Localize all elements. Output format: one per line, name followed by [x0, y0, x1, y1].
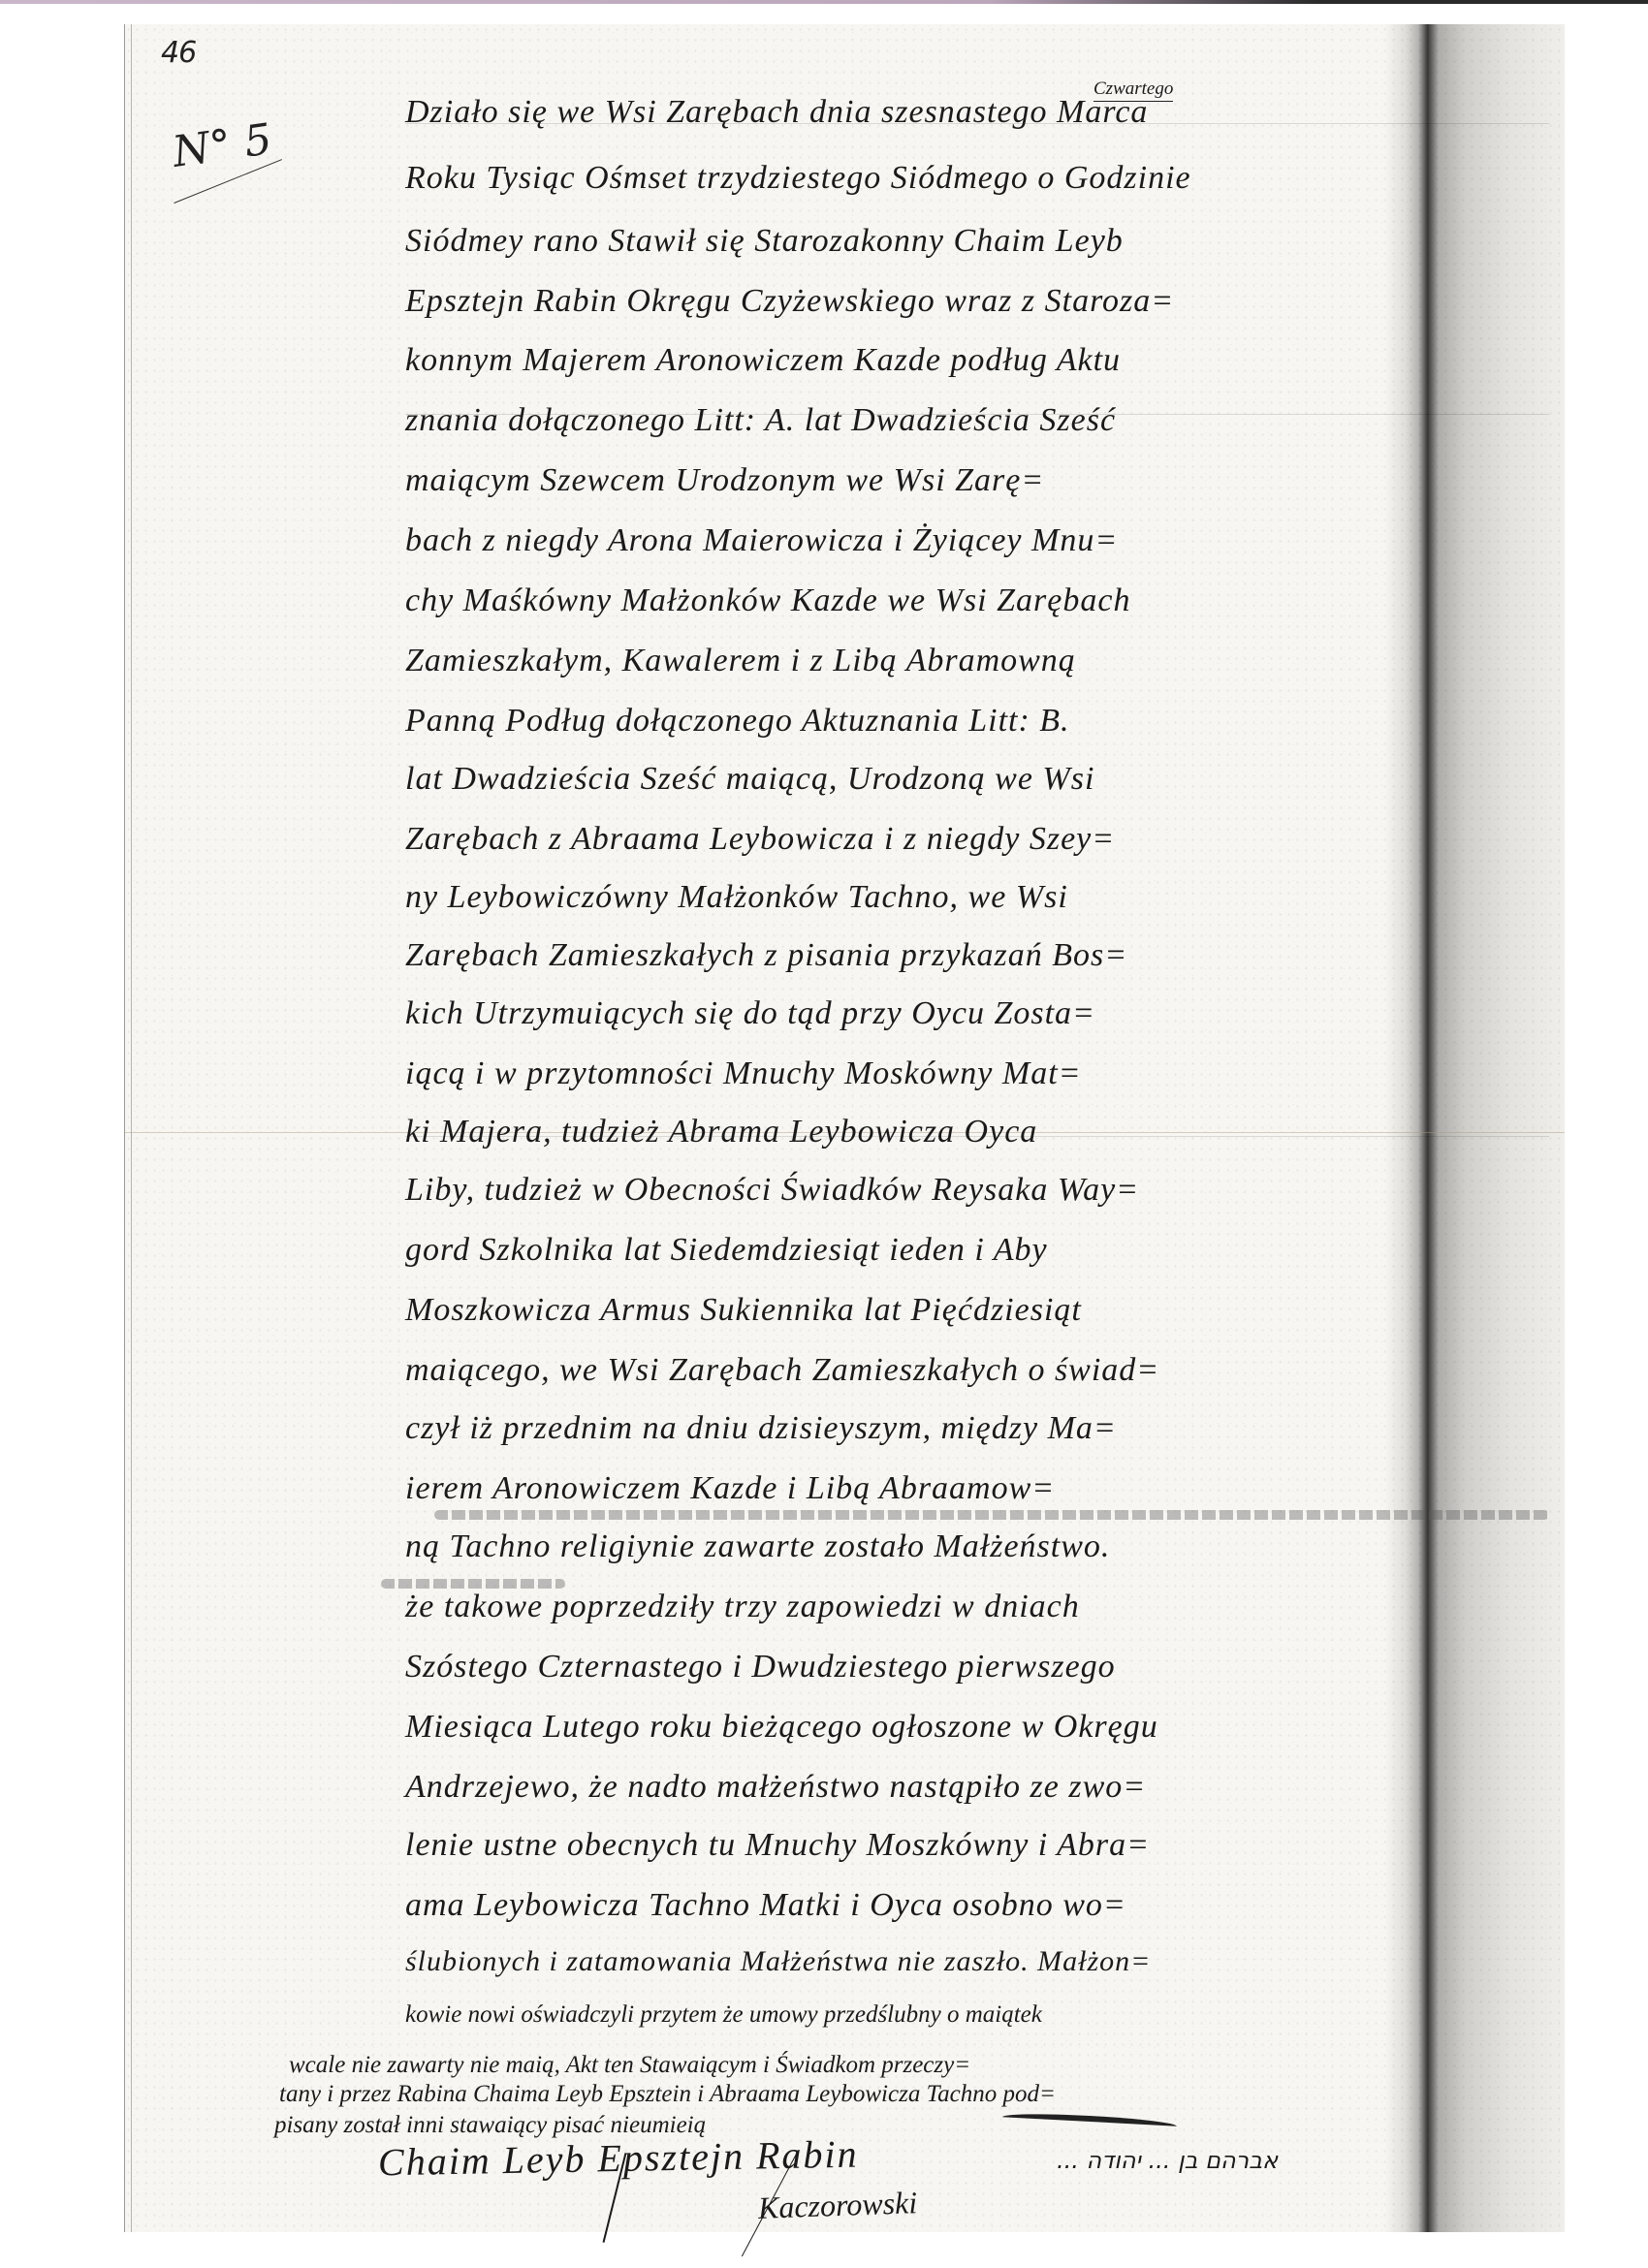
text-line-2: Roku Tysiąc Ośmset trzydziestego Siódmeg…	[405, 160, 1549, 197]
line-text: maiącym Szewcem Urodzonym we Wsi Zarę=	[405, 462, 1044, 498]
line-text: tany i przez Rabina Chaima Leyb Epsztein…	[279, 2081, 1056, 2107]
text-line-16: kich Utrzymuiących się do tąd przy Oycu …	[405, 995, 1549, 1032]
line-text: ierem Aronowiczem Kazde i Libą Abraamow=	[405, 1470, 1055, 1506]
text-line-27: Szóstego Czternastego i Dwudziestego pie…	[405, 1649, 1549, 1685]
line-text: ama Leybowicza Tachno Matki i Oyca osobn…	[405, 1887, 1126, 1923]
signature-hebrew: אברהם בן ... יהודה ...	[1057, 2147, 1278, 2174]
line-text: Liby, tudzież w Obecności Świadków Reysa…	[405, 1172, 1139, 1208]
interlinear-insertion: Czwartego	[1093, 79, 1173, 100]
document-page: 46 N° 5 Działo się we Wsi Zarębach dnia …	[124, 24, 1565, 2232]
wavy-underline	[381, 1579, 565, 1589]
text-line-32: ślubionych i zatamowania Małżeństwa nie …	[405, 1945, 1549, 1978]
text-line-6: znania dołączonego Litt: A. lat Dwadzieś…	[405, 402, 1549, 439]
line-text: Moszkowicza Armus Sukiennika lat Pięćdzi…	[405, 1292, 1082, 1328]
line-text: Roku Tysiąc Ośmset trzydziestego Siódmeg…	[405, 160, 1191, 196]
text-line-1: Działo się we Wsi Zarębach dnia szesnast…	[405, 94, 1549, 131]
entry-number: N° 5	[170, 114, 275, 177]
text-line-18: ki Majera, tudzież Abrama Leybowicza Oyc…	[405, 1114, 1549, 1150]
line-text: Zarębach z Abraama Leybowicza i z niegdy…	[405, 821, 1115, 857]
text-line-19: Liby, tudzież w Obecności Świadków Reysa…	[405, 1172, 1549, 1209]
line-text: gord Szkolnika lat Siedemdziesiąt ieden …	[405, 1232, 1048, 1268]
line-text: Szóstego Czternastego i Dwudziestego pie…	[405, 1649, 1116, 1685]
line-text: ki Majera, tudzież Abrama Leybowicza Oyc…	[405, 1114, 1037, 1150]
text-line-7: maiącym Szewcem Urodzonym we Wsi Zarę=	[405, 462, 1549, 499]
line-text: kowie nowi oświadczyli przytem że umowy …	[405, 2001, 1042, 2028]
text-line-10: Zamieszkałym, Kawalerem i z Libą Abramow…	[405, 643, 1549, 679]
text-line-22: maiącego, we Wsi Zarębach Zamieszkałych …	[405, 1352, 1549, 1389]
text-line-31: ama Leybowicza Tachno Matki i Oyca osobn…	[405, 1887, 1549, 1924]
text-line-8: bach z niegdy Arona Maierowicza i Żyiące…	[405, 522, 1549, 559]
text-line-15: Zarębach Zamieszkałych z pisania przykaz…	[405, 937, 1549, 974]
signature-official: Kaczorowski	[757, 2185, 917, 2226]
line-text: maiącego, we Wsi Zarębach Zamieszkałych …	[405, 1352, 1159, 1388]
text-line-9: chy Maśkówny Małżonków Kazde we Wsi Zarę…	[405, 583, 1549, 619]
line-text: lat Dwadzieścia Sześć maiącą, Urodzoną w…	[405, 761, 1094, 797]
interlinear-underline	[1093, 101, 1173, 102]
text-line-33: kowie nowi oświadczyli przytem że umowy …	[405, 2001, 1549, 2029]
text-line-29: Andrzejewo, że nadto małżeństwo nastąpił…	[405, 1769, 1549, 1806]
wavy-underline	[434, 1510, 1549, 1520]
text-line-34: wcale nie zawarty nie maią, Akt ten Staw…	[289, 2052, 1433, 2079]
line-text: kich Utrzymuiących się do tąd przy Oycu …	[405, 995, 1095, 1031]
line-text: iącą i w przytomności Mnuchy Moskówny Ma…	[405, 1055, 1082, 1091]
line-text: ślubionych i zatamowania Małżeństwa nie …	[405, 1945, 1151, 1977]
line-text: Działo się we Wsi Zarębach dnia szesnast…	[405, 94, 1148, 130]
text-line-23: czył iż przednim na dniu dzisieyszym, mi…	[405, 1410, 1549, 1447]
text-line-5: konnym Majerem Aronowiczem Kazde podług …	[405, 342, 1549, 379]
line-text: że takowe poprzedziły trzy zapowiedzi w …	[405, 1589, 1080, 1624]
line-text: ną Tachno religiynie zawarte zostało Mał…	[405, 1528, 1110, 1564]
text-line-12: lat Dwadzieścia Sześć maiącą, Urodzoną w…	[405, 761, 1549, 798]
line-text: Zamieszkałym, Kawalerem i z Libą Abramow…	[405, 643, 1076, 678]
line-text: Miesiąca Lutego roku bieżącego ogłoszone…	[405, 1709, 1158, 1745]
line-text: konnym Majerem Aronowiczem Kazde podług …	[405, 342, 1121, 378]
line-text: znania dołączonego Litt: A. lat Dwadzieś…	[405, 402, 1116, 438]
text-line-26: że takowe poprzedziły trzy zapowiedzi w …	[405, 1589, 1549, 1625]
text-line-13: Zarębach z Abraama Leybowicza i z niegdy…	[405, 821, 1549, 858]
text-line-24: ierem Aronowiczem Kazde i Libą Abraamow=	[405, 1470, 1549, 1507]
line-text: bach z niegdy Arona Maierowicza i Żyiące…	[405, 522, 1118, 558]
text-line-21: Moszkowicza Armus Sukiennika lat Pięćdzi…	[405, 1292, 1549, 1329]
line-text: ny Leybowiczówny Małżonków Tachno, we Ws…	[405, 879, 1068, 915]
scanner-edge-strip	[0, 0, 1648, 4]
page-number: 46	[161, 36, 196, 70]
text-line-30: lenie ustne obecnych tu Mnuchy Moszkówny…	[405, 1827, 1549, 1864]
text-line-35: tany i przez Rabina Chaima Leyb Epsztein…	[279, 2081, 1423, 2108]
line-text: Panną Podług dołączonego Aktuznania Litt…	[405, 703, 1070, 739]
text-line-11: Panną Podług dołączonego Aktuznania Litt…	[405, 703, 1549, 740]
text-line-25: ną Tachno religiynie zawarte zostało Mał…	[405, 1528, 1549, 1565]
line-text: czył iż przednim na dniu dzisieyszym, mi…	[405, 1410, 1117, 1446]
text-line-4: Epsztejn Rabin Okręgu Czyżewskiego wraz …	[405, 283, 1549, 320]
line-text: chy Maśkówny Małżonków Kazde we Wsi Zarę…	[405, 583, 1130, 618]
text-line-14: ny Leybowiczówny Małżonków Tachno, we Ws…	[405, 879, 1549, 916]
text-line-3: Siódmey rano Stawił się Starozakonny Cha…	[405, 223, 1549, 260]
text-line-20: gord Szkolnika lat Siedemdziesiąt ieden …	[405, 1232, 1549, 1269]
page-left-edge	[124, 24, 132, 2232]
line-text: lenie ustne obecnych tu Mnuchy Moszkówny…	[405, 1827, 1150, 1863]
interlinear-text: Czwartego	[1093, 79, 1173, 99]
line-text: wcale nie zawarty nie maią, Akt ten Staw…	[289, 2052, 970, 2078]
text-line-17: iącą i w przytomności Mnuchy Moskówny Ma…	[405, 1055, 1549, 1092]
line-text: Siódmey rano Stawił się Starozakonny Cha…	[405, 223, 1124, 259]
text-line-28: Miesiąca Lutego roku bieżącego ogłoszone…	[405, 1709, 1549, 1746]
line-text: Andrzejewo, że nadto małżeństwo nastąpił…	[405, 1769, 1146, 1805]
line-text: Epsztejn Rabin Okręgu Czyżewskiego wraz …	[405, 283, 1174, 319]
line-text: Zarębach Zamieszkałych z pisania przykaz…	[405, 937, 1127, 973]
